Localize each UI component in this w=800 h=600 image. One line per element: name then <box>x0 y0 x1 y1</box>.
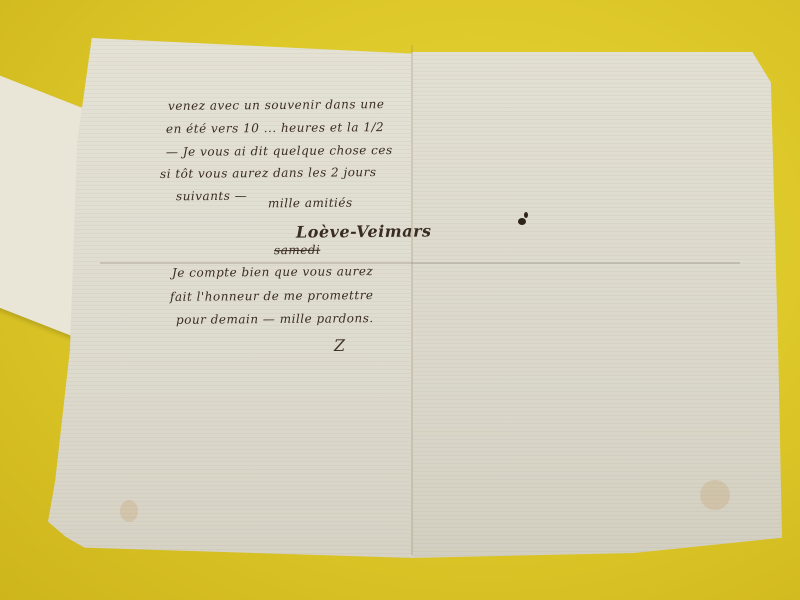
letter-line-2: en été vers 10 ... heures et la 1/2 <box>166 120 384 136</box>
signature: Loève-Veimars <box>296 221 432 241</box>
closing-line: mille amitiés <box>268 196 353 211</box>
letter-line-5: suivants — <box>176 189 247 204</box>
horizontal-fold <box>100 262 740 264</box>
mark: Z <box>334 336 346 355</box>
vertical-fold <box>411 45 413 555</box>
postscript-line-3: pour demain — mille pardons. <box>176 311 374 327</box>
postscript-line-1: Je compte bien que vous aurez <box>172 264 373 280</box>
ink-blot <box>524 212 528 218</box>
letter-line-3: — Je vous ai dit quelque chose ces <box>166 143 393 159</box>
ink-blot <box>518 218 526 225</box>
letter-right-page <box>412 52 782 558</box>
foxing-stain <box>700 480 730 510</box>
foxing-stain <box>120 500 138 522</box>
postscript-line-2: fait l'honneur de me promettre <box>170 288 374 304</box>
letter-line-4: si tôt vous aurez dans les 2 jours <box>160 165 377 181</box>
struck-word: samedi <box>274 243 320 257</box>
letter-line-1: venez avec un souvenir dans une <box>168 97 385 113</box>
